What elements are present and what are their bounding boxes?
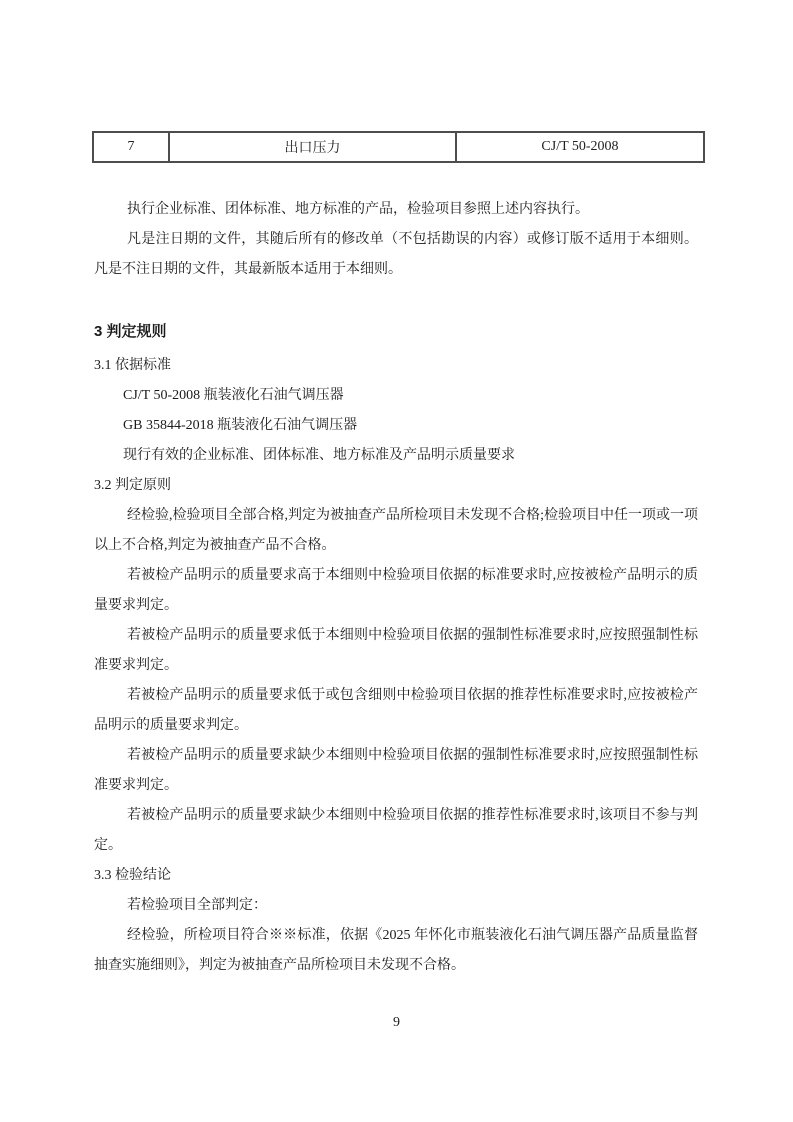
standard-item-1: CJ/T 50-2008 瓶装液化石油气调压器 [94, 381, 698, 411]
inspection-items-table: 7 出口压力 CJ/T 50-2008 [92, 131, 705, 163]
judgement-paragraph-2: 若被检产品明示的质量要求高于本细则中检验项目依据的标准要求时,应按被检产品明示的… [94, 561, 698, 621]
section-3-heading: 3 判定规则 [94, 317, 698, 347]
table-row: 7 出口压力 CJ/T 50-2008 [93, 132, 704, 162]
conclusion-paragraph: 经检验，所检项目符合※※标准，依据《2025 年怀化市瓶装液化石油气调压器产品质… [94, 921, 698, 981]
section-3-2-heading: 3.2 判定原则 [94, 471, 698, 501]
standard-item-2: GB 35844-2018 瓶装液化石油气调压器 [94, 411, 698, 441]
section-3-3-heading: 3.3 检验结论 [94, 861, 698, 891]
conclusion-lead: 若检验项目全部判定： [94, 891, 698, 921]
judgement-paragraph-1: 经检验,检验项目全部合格,判定为被抽查产品所检项目未发现不合格;检验项目中任一项… [94, 501, 698, 561]
table-cell-seq: 7 [93, 132, 169, 162]
judgement-paragraph-6: 若被检产品明示的质量要求缺少本细则中检验项目依据的推荐性标准要求时,该项目不参与… [94, 801, 698, 861]
intro-paragraph-1: 执行企业标准、团体标准、地方标准的产品，检验项目参照上述内容执行。 [94, 195, 698, 225]
page-number: 9 [0, 1008, 793, 1038]
table-cell-basis: CJ/T 50-2008 [456, 132, 704, 162]
table-cell-item: 出口压力 [169, 132, 456, 162]
judgement-paragraph-4: 若被检产品明示的质量要求低于或包含细则中检验项目依据的推荐性标准要求时,应按被检… [94, 681, 698, 741]
intro-paragraph-2: 凡是注日期的文件，其随后所有的修改单（不包括勘误的内容）或修订版不适用于本细则。… [94, 225, 698, 285]
section-3-1-heading: 3.1 依据标准 [94, 351, 698, 381]
judgement-paragraph-3: 若被检产品明示的质量要求低于本细则中检验项目依据的强制性标准要求时,应按照强制性… [94, 621, 698, 681]
document-page: 7 出口压力 CJ/T 50-2008 执行企业标准、团体标准、地方标准的产品，… [0, 0, 793, 1122]
standard-item-3: 现行有效的企业标准、团体标准、地方标准及产品明示质量要求 [94, 441, 698, 471]
judgement-paragraph-5: 若被检产品明示的质量要求缺少本细则中检验项目依据的强制性标准要求时,应按照强制性… [94, 741, 698, 801]
document-content: 7 出口压力 CJ/T 50-2008 执行企业标准、团体标准、地方标准的产品，… [94, 131, 698, 981]
